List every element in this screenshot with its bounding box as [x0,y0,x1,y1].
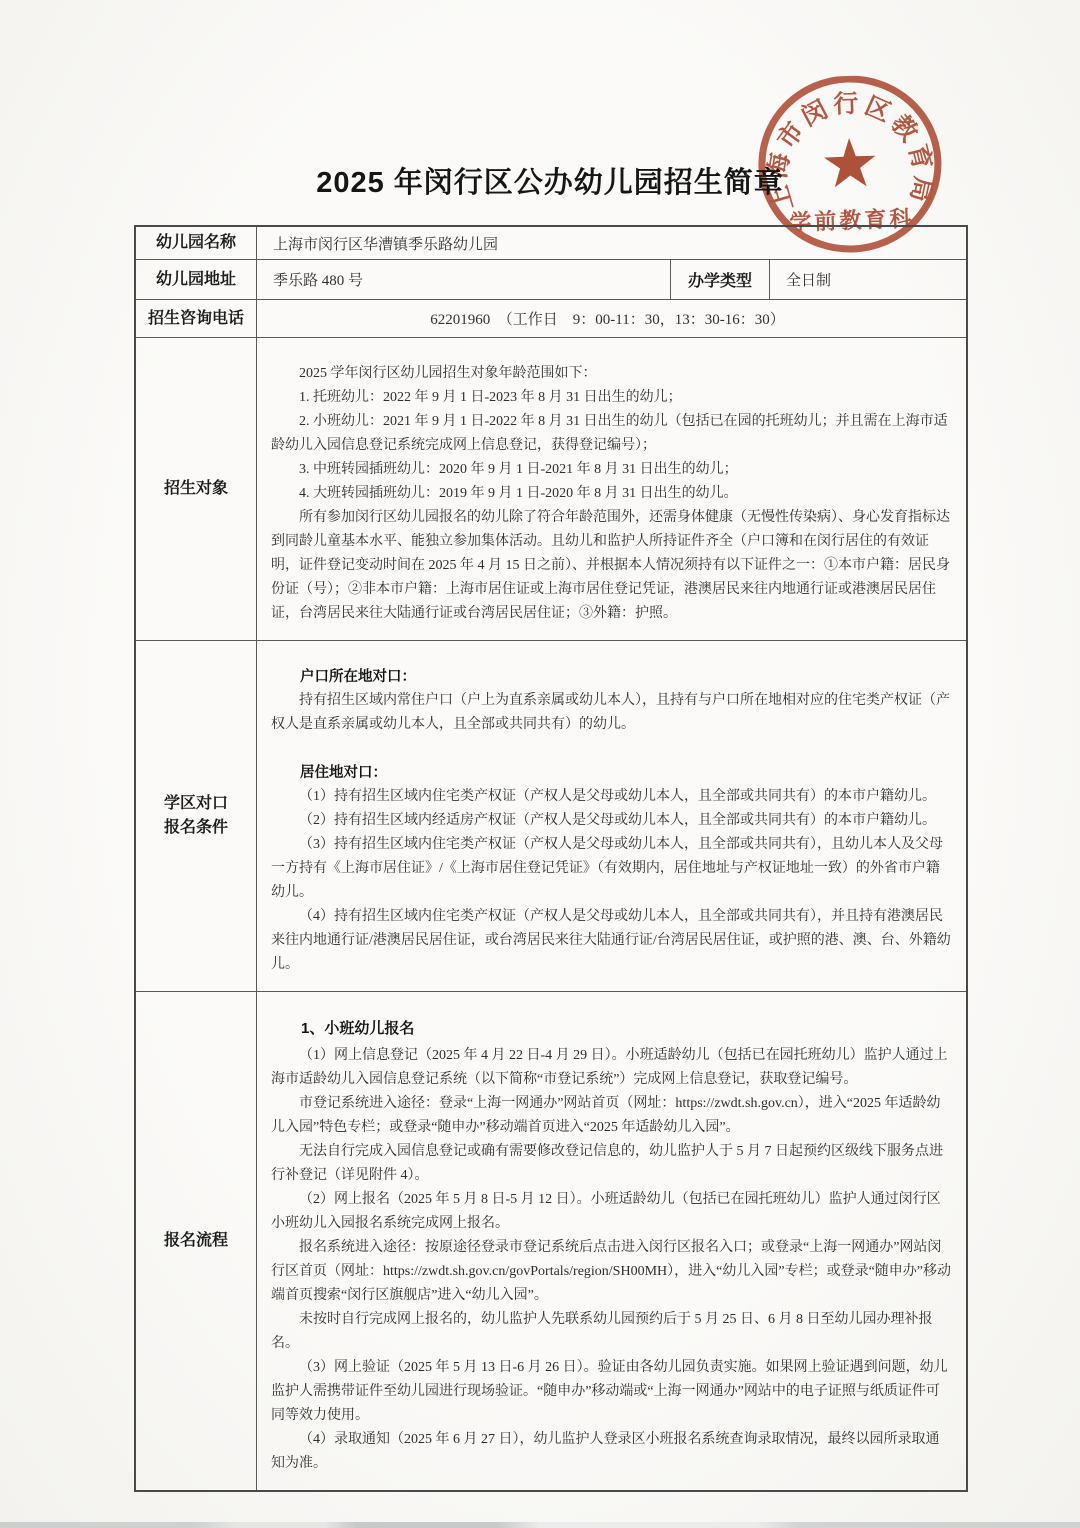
name-value: 上海市闵行区华漕镇季乐路幼儿园 [257,227,966,259]
process-heading: 1、小班幼儿报名 [271,1016,952,1042]
phone-label: 招生咨询电话 [136,300,257,337]
paragraph: （2）网上报名（2025 年 5 月 8 日-5 月 12 日）。小班适龄幼儿（… [271,1188,952,1236]
district-content: 户口所在地对口： 持有招生区域内常住户口（户上为直系亲属或幼儿本人），且持有与户… [257,641,966,991]
table-row-phone: 招生咨询电话 62201960 （工作日 9：00-11：30，13：30-16… [136,299,966,337]
document-page: 上海市闵行区教育局 学前教育科 2025 年闵行区公办幼儿园招生简章 幼儿园名称… [0,0,1080,1528]
paragraph: （1）持有招生区域内住宅类产权证（产权人是父母或幼儿本人，且全部或共同共有）的本… [271,785,952,809]
scan-bottom-edge [0,1522,1080,1528]
school-type-value: 全日制 [770,260,966,299]
paragraph: 1. 托班幼儿：2022 年 9 月 1 日-2023 年 8 月 31 日出生… [271,386,952,410]
paragraph: （2）持有招生区域内经适房产权证（产权人是父母或幼儿本人，且全部或共同共有）的本… [271,809,952,833]
address-type-cells: 季乐路 480 号 办学类型 全日制 [257,260,966,299]
process-label: 报名流程 [136,992,257,1490]
paragraph: 未按时自行完成网上报名的，幼儿监护人先联系幼儿园预约后于 5 月 25 日、6 … [271,1308,952,1356]
target-label: 招生对象 [136,338,257,640]
paragraph: （1）网上信息登记（2025 年 4 月 22 日-4 月 29 日）。小班适龄… [271,1044,952,1092]
process-content: 1、小班幼儿报名 （1）网上信息登记（2025 年 4 月 22 日-4 月 2… [257,992,966,1490]
district-label-line2: 报名条件 [164,816,228,840]
hukou-block: 户口所在地对口： 持有招生区域内常住户口（户上为直系亲属或幼儿本人），且持有与户… [271,665,952,737]
paragraph: 3. 中班转园插班幼儿：2020 年 9 月 1 日-2021 年 8 月 31… [271,458,952,482]
paragraph: 市登记系统进入途径：登录“上海一网通办”网站首页（网址：https://zwdt… [271,1092,952,1140]
page-title: 2025 年闵行区公办幼儿园招生简章 [134,160,966,201]
paragraph: 所有参加闵行区幼儿园报名的幼儿除了符合年龄范围外，还需身体健康（无慢性传染病）、… [271,506,952,626]
address-label: 幼儿园地址 [136,260,257,299]
paragraph: 持有招生区域内常住户口（户上为直系亲属或幼儿本人），且持有与户口所在地相对应的住… [271,689,952,737]
table-row-address: 幼儿园地址 季乐路 480 号 办学类型 全日制 [136,259,966,299]
hukou-paragraphs: 持有招生区域内常住户口（户上为直系亲属或幼儿本人），且持有与户口所在地相对应的住… [271,689,952,737]
paragraph: （4）持有招生区域内住宅类产权证（产权人是父母或幼儿本人，且全部或共同共有），并… [271,905,952,977]
paragraph: （3）持有招生区域内住宅类产权证（产权人是父母或幼儿本人，且全部或共同共有），且… [271,833,952,905]
residence-block: 居住地对口： （1）持有招生区域内住宅类产权证（产权人是父母或幼儿本人，且全部或… [271,761,952,977]
table-row-process: 报名流程 1、小班幼儿报名 （1）网上信息登记（2025 年 4 月 22 日-… [136,991,966,1490]
residence-paragraphs: （1）持有招生区域内住宅类产权证（产权人是父母或幼儿本人，且全部或共同共有）的本… [271,785,952,977]
paragraph: 报名系统进入途径：按原途径登录市登记系统后点击进入闵行区报名入口；或登录“上海一… [271,1236,952,1308]
residence-heading: 居住地对口： [271,761,952,785]
target-content: 2025 学年闵行区幼儿园招生对象年龄范围如下：1. 托班幼儿：2022 年 9… [257,338,966,640]
paragraph: （3）网上验证（2025 年 5 月 13 日-6 月 26 日）。验证由各幼儿… [271,1356,952,1428]
paragraph: （4）录取通知（2025 年 6 月 27 日），幼儿监护人登录区小班报名系统查… [271,1428,952,1476]
district-label: 学区对口 报名条件 [136,641,257,991]
phone-value: 62201960 （工作日 9：00-11：30，13：30-16：30） [257,300,966,337]
paragraph: 4. 大班转园插班幼儿：2019 年 9 月 1 日-2020 年 8 月 31… [271,482,952,506]
table-row-target: 招生对象 2025 学年闵行区幼儿园招生对象年龄范围如下：1. 托班幼儿：202… [136,337,966,640]
info-table: 幼儿园名称 上海市闵行区华漕镇季乐路幼儿园 幼儿园地址 季乐路 480 号 办学… [134,225,968,1492]
table-row-name: 幼儿园名称 上海市闵行区华漕镇季乐路幼儿园 [136,227,966,259]
process-paragraphs: （1）网上信息登记（2025 年 4 月 22 日-4 月 29 日）。小班适龄… [271,1044,952,1476]
name-label: 幼儿园名称 [136,227,257,259]
paragraph: 2025 学年闵行区幼儿园招生对象年龄范围如下： [271,362,952,386]
hukou-heading: 户口所在地对口： [271,665,952,689]
paragraph: 无法自行完成入园信息登记或确有需要修改登记信息的，幼儿监护人于 5 月 7 日起… [271,1140,952,1188]
table-row-district: 学区对口 报名条件 户口所在地对口： 持有招生区域内常住户口（户上为直系亲属或幼… [136,640,966,991]
address-value: 季乐路 480 号 [257,260,670,299]
paragraph: 2. 小班幼儿：2021 年 9 月 1 日-2022 年 8 月 31 日出生… [271,410,952,458]
school-type-label: 办学类型 [670,260,770,299]
district-label-line1: 学区对口 [164,792,228,816]
